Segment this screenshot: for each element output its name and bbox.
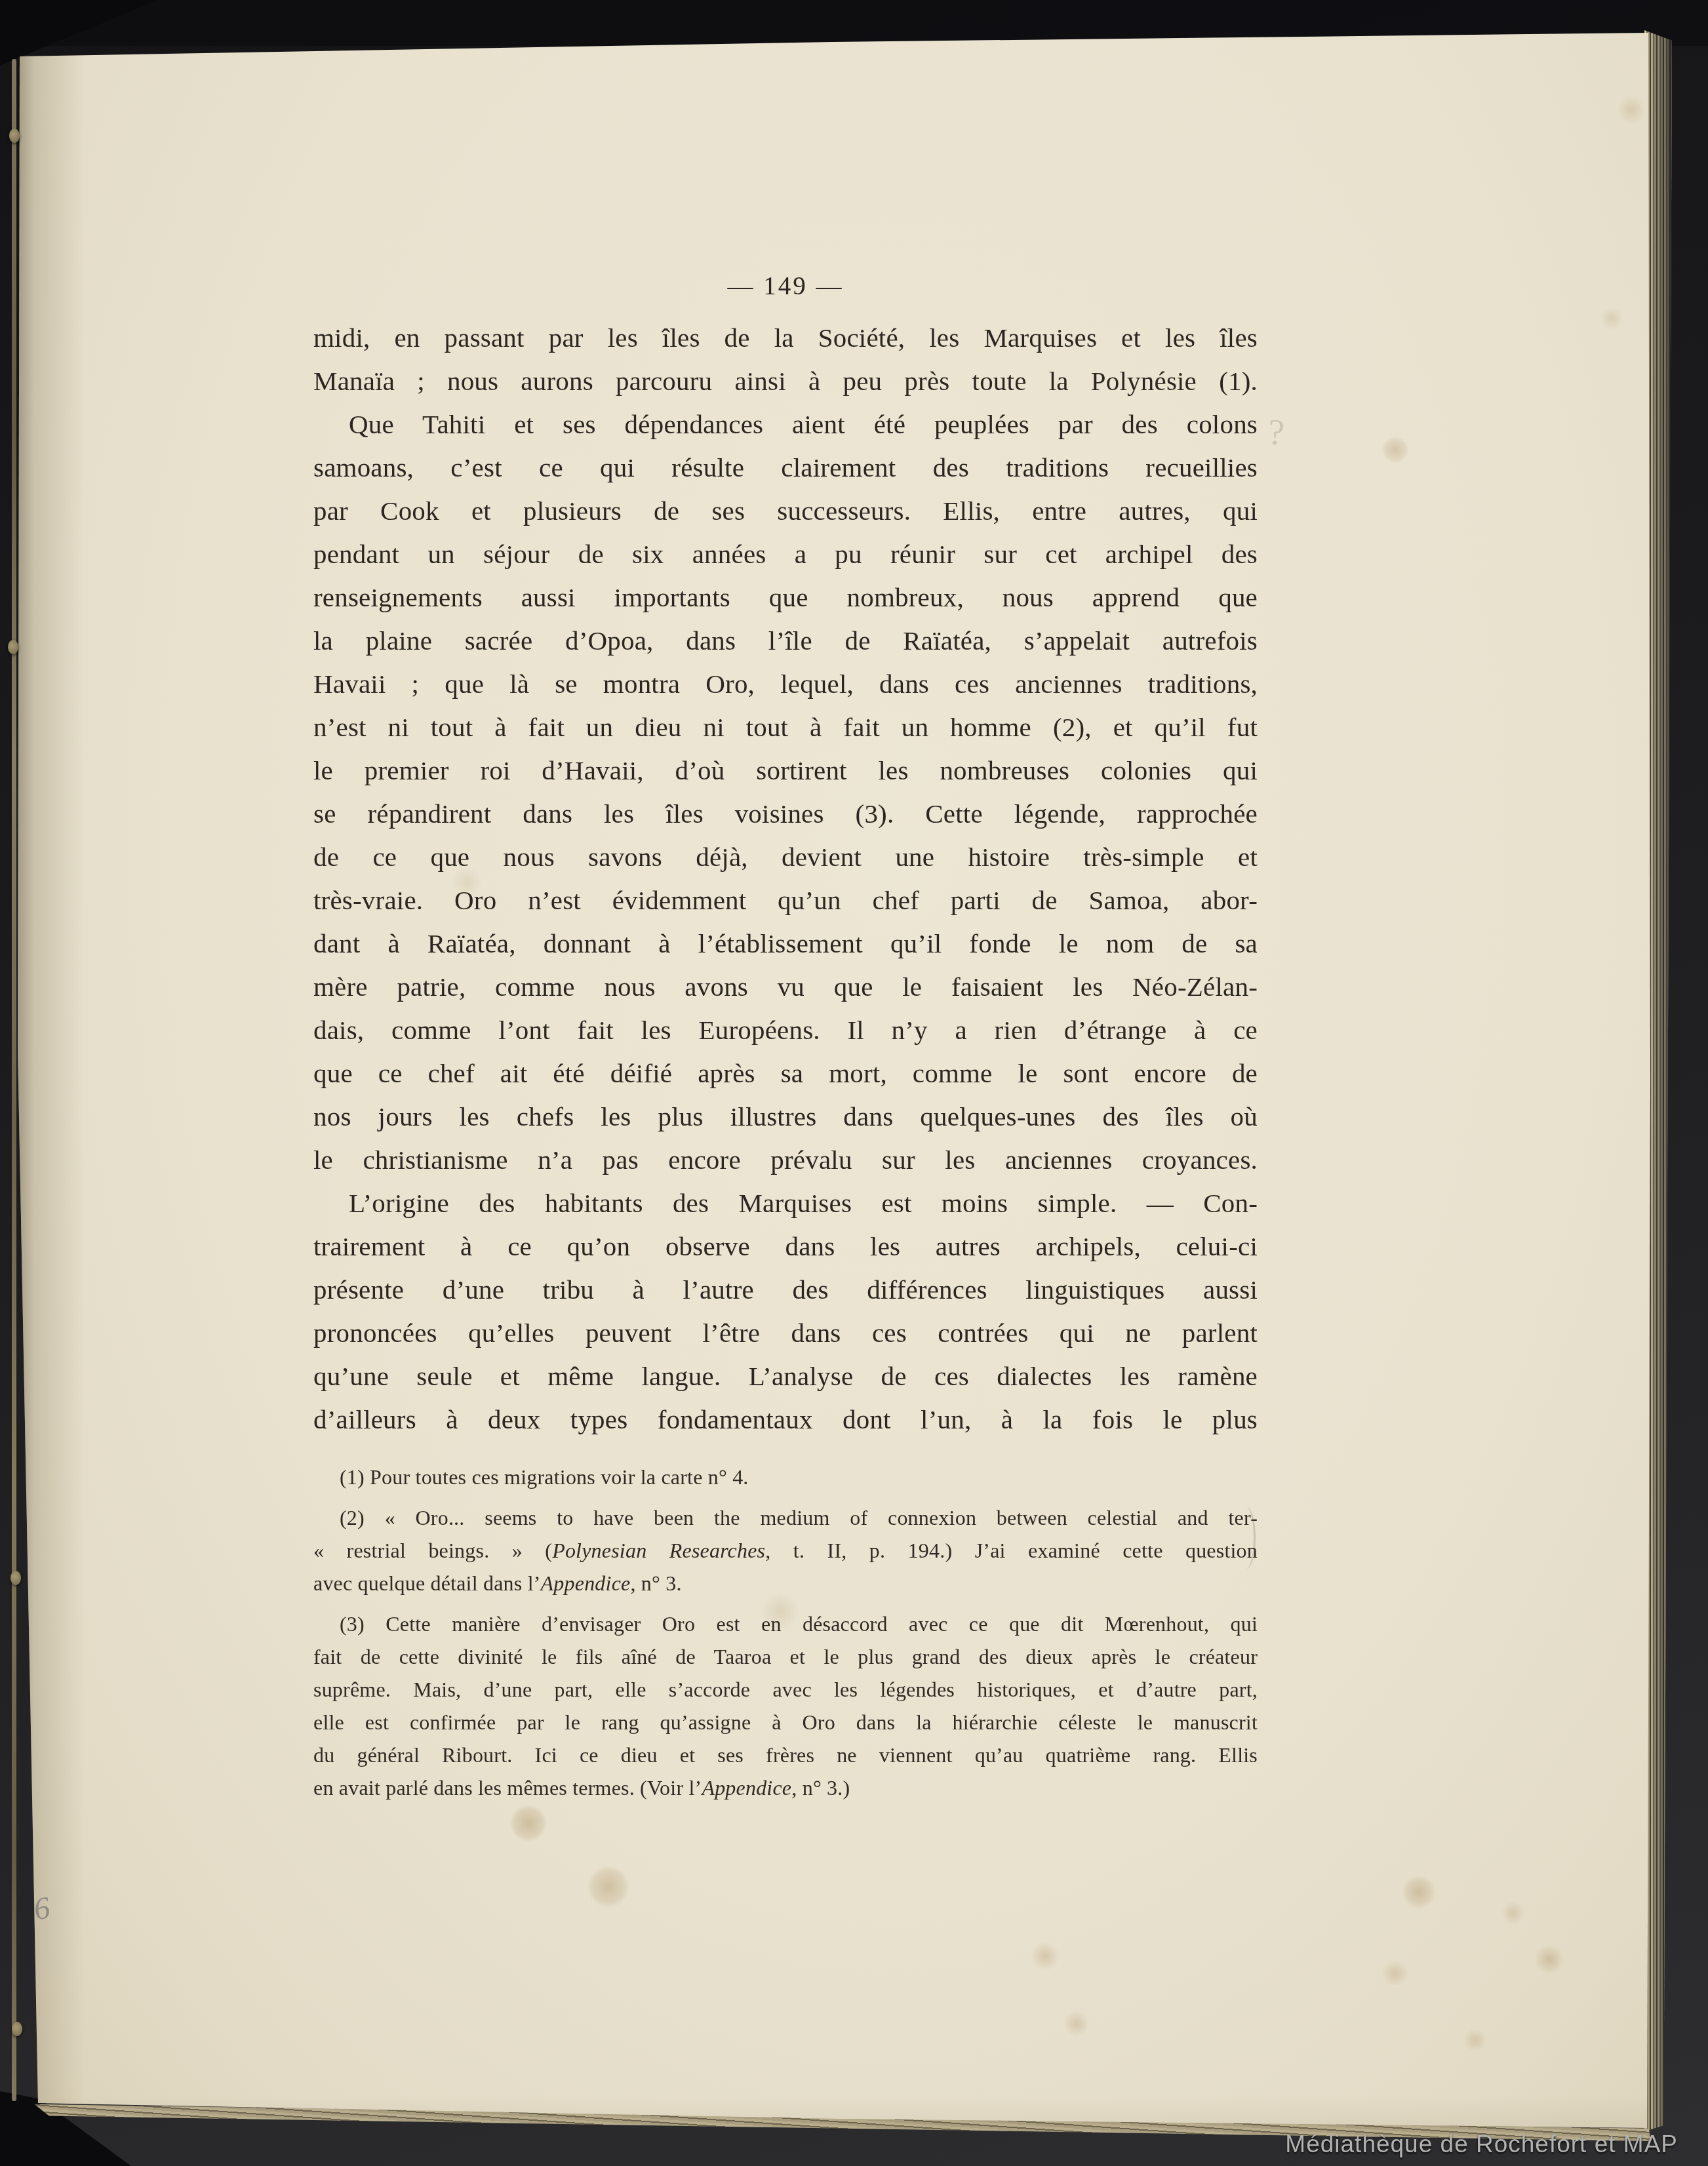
footnote-line: en avait parlé dans les mêmes termes. (V… bbox=[313, 1771, 1258, 1804]
footnote-line: (1) Pour toutes ces migrations voir la c… bbox=[313, 1461, 1258, 1493]
scanned-book-photo: — 149 — midi, en passant par les îles de… bbox=[0, 0, 1708, 2166]
binding-thread-knot bbox=[9, 128, 20, 143]
body-line: par Cook et plusieurs de ses successeurs… bbox=[313, 489, 1258, 532]
body-line: dant à Raïatéa, donnant à l’établissemen… bbox=[313, 922, 1258, 965]
footnote-line: « restrial beings. » (Polynesian Researc… bbox=[313, 1534, 1258, 1567]
body-line: dais, comme l’ont fait les Européens. Il… bbox=[313, 1008, 1258, 1052]
body-line: n’est ni tout à fait un dieu ni tout à f… bbox=[313, 705, 1258, 749]
binding-thread bbox=[12, 59, 16, 2101]
body-line: Havaii ; que là se montra Oro, lequel, d… bbox=[313, 662, 1258, 705]
footnote-line: elle est confirmée par le rang qu’assign… bbox=[313, 1706, 1258, 1739]
footnote: (1) Pour toutes ces migrations voir la c… bbox=[313, 1461, 1258, 1493]
body-line: de ce que nous savons déjà, devient une … bbox=[313, 835, 1258, 878]
body-line: samoans, c’est ce qui résulte clairement… bbox=[313, 446, 1258, 489]
body-line: Que Tahiti et ses dépendances aient été … bbox=[313, 403, 1258, 446]
body-line: trairement à ce qu’on observe dans les a… bbox=[313, 1225, 1258, 1268]
footnote-line: (3) Cette manière d’envisager Oro est en… bbox=[313, 1607, 1258, 1640]
body-line: présente d’une tribu à l’autre des diffé… bbox=[313, 1268, 1258, 1311]
footnote-line: fait de cette divinité le fils aîné de T… bbox=[313, 1640, 1258, 1673]
body-line: qu’une seule et même langue. L’analyse d… bbox=[313, 1354, 1258, 1398]
body-text: midi, en passant par les îles de la Soci… bbox=[313, 316, 1258, 1441]
footnote-line: (2) « Oro... seems to have been the medi… bbox=[313, 1501, 1258, 1534]
body-line: pendant un séjour de six années a pu réu… bbox=[313, 532, 1258, 576]
italic-title: Appendice bbox=[702, 1776, 791, 1800]
body-line: le premier roi d’Havaii, d’où sortirent … bbox=[313, 749, 1258, 792]
body-line: renseignements aussi importants que nomb… bbox=[313, 576, 1258, 619]
pencil-question-mark: ? bbox=[1267, 411, 1286, 454]
binding-thread-knot bbox=[12, 2022, 22, 2036]
footnote-line: avec quelque détail dans l’Appendice, n°… bbox=[313, 1567, 1258, 1600]
body-line: Manaïa ; nous aurons parcouru ainsi à pe… bbox=[313, 359, 1258, 403]
pencil-scratch-mark bbox=[1237, 1506, 1256, 1569]
body-line: le christianisme n’a pas encore prévalu … bbox=[313, 1138, 1258, 1181]
binding-thread-knot bbox=[10, 1571, 21, 1585]
body-line: d’ailleurs à deux types fondamentaux don… bbox=[313, 1398, 1258, 1441]
footnotes: (1) Pour toutes ces migrations voir la c… bbox=[313, 1461, 1258, 1804]
italic-title: Appendice bbox=[541, 1571, 631, 1595]
library-watermark: Médiathèque de Rochefort et MAP bbox=[1285, 2131, 1678, 2158]
body-line: midi, en passant par les îles de la Soci… bbox=[313, 316, 1258, 359]
body-line: que ce chef ait été déifié après sa mort… bbox=[313, 1052, 1258, 1095]
body-line: prononcées qu’elles peuvent l’être dans … bbox=[313, 1311, 1258, 1354]
body-line: mère patrie, comme nous avons vu que le … bbox=[313, 965, 1258, 1008]
body-line: L’origine des habitants des Marquises es… bbox=[313, 1181, 1258, 1225]
italic-title: Polynesian Researches bbox=[552, 1539, 765, 1562]
footnote-line: du général Ribourt. Ici ce dieu et ses f… bbox=[313, 1739, 1258, 1771]
body-line: très-vraie. Oro n’est évidemment qu’un c… bbox=[313, 878, 1258, 922]
pencil-numeral-mark: 6 bbox=[31, 1889, 52, 1927]
body-line: la plaine sacrée d’Opoa, dans l’île de R… bbox=[313, 619, 1258, 662]
body-line: nos jours les chefs les plus illustres d… bbox=[313, 1095, 1258, 1138]
body-line: se répandirent dans les îles voisines (3… bbox=[313, 792, 1258, 835]
book-page: — 149 — midi, en passant par les îles de… bbox=[0, 0, 1708, 2166]
binding-thread-knot bbox=[8, 640, 18, 654]
footnote: (3) Cette manière d’envisager Oro est en… bbox=[313, 1607, 1258, 1804]
page-number: — 149 — bbox=[313, 271, 1258, 305]
footnote: (2) « Oro... seems to have been the medi… bbox=[313, 1501, 1258, 1600]
footnote-line: suprême. Mais, d’une part, elle s’accord… bbox=[313, 1673, 1258, 1706]
